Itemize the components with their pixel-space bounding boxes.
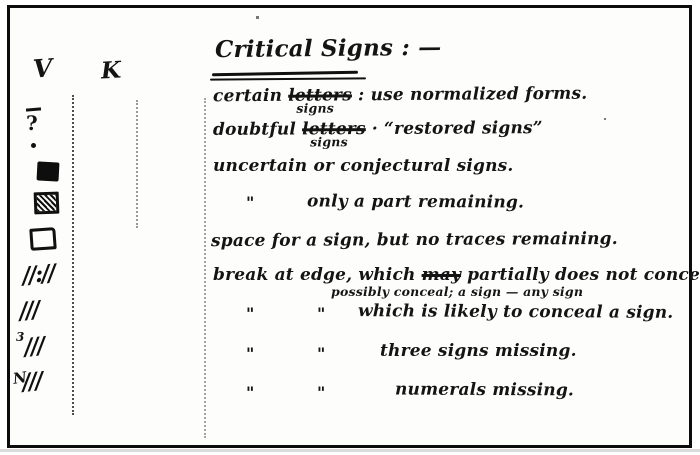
line2-correction-group: letterssigns — [296, 120, 366, 139]
ditto-mark: " — [246, 345, 255, 363]
hatched-square-symbol — [34, 192, 60, 215]
interlinear-correction: signs — [296, 101, 334, 115]
interlinear-insertion: possibly conceal; a sign — any sign — [331, 285, 583, 299]
ditto-mark: " — [317, 345, 326, 363]
line-three-signs-missing: three signs missing. — [380, 342, 577, 361]
line2-pre: doubtful — [213, 119, 296, 139]
overline-mark — [26, 107, 41, 111]
ditto-mark: " — [246, 305, 255, 323]
slash-glyphs: /// — [21, 367, 43, 396]
interlinear-correction: signs — [310, 135, 348, 149]
line-certain-signs: certainletterssigns: use normalized form… — [213, 85, 587, 106]
line1-correction-group: letterssigns — [282, 86, 352, 105]
scan-speck — [256, 16, 259, 19]
open-square-symbol — [29, 227, 56, 251]
line-part-remaining: only a part remaining. — [307, 192, 524, 212]
scan-speck — [604, 118, 606, 120]
question-mark-glyph: ? — [26, 111, 38, 135]
ditto-mark: " — [317, 384, 326, 402]
line1-pre: certain — [213, 86, 282, 106]
scanned-document-page: { "document": { "title": "Critical Signs… — [0, 0, 700, 455]
filled-square-symbol — [37, 161, 60, 181]
scan-artifact-smear — [0, 449, 700, 452]
line6-pre: break at edge, which — [213, 265, 416, 285]
dot-mark — [31, 143, 36, 148]
triple-slash-symbol: /// — [18, 296, 40, 325]
page-title: Critical Signs : — — [215, 35, 442, 63]
line2-post: · “restored signs” — [372, 118, 543, 139]
line-likely-conceal: which is likely to conceal a sign. — [358, 302, 674, 322]
ditto-mark: " — [246, 194, 255, 212]
column-header-k: K — [100, 57, 121, 83]
doubtful-sign-symbol: ? — [26, 108, 41, 134]
line1-post: : use normalized forms. — [358, 84, 588, 106]
column-header-v: V — [32, 54, 53, 83]
ditto-mark: " — [246, 384, 255, 402]
dotted-rule-1 — [72, 95, 74, 415]
line-uncertain-signs: uncertain or conjectural signs. — [213, 157, 514, 176]
dotted-rule-3 — [204, 98, 206, 438]
break-edge-symbol: //:// — [21, 259, 56, 289]
line-numerals-missing: numerals missing. — [395, 381, 574, 401]
line-space-for-sign: space for a sign, but no traces remainin… — [211, 230, 618, 251]
slash-glyphs: /// — [23, 332, 45, 361]
dotted-rule-2 — [136, 100, 138, 228]
ditto-mark: " — [317, 305, 326, 323]
line-break-at-edge: break at edge, whichmaypartially does no… — [213, 266, 700, 285]
line-doubtful-signs: doubtfulletterssigns· “restored signs” — [213, 119, 543, 139]
struck-word: may — [422, 265, 461, 285]
line6-post: partially does not conceal — [467, 265, 700, 285]
